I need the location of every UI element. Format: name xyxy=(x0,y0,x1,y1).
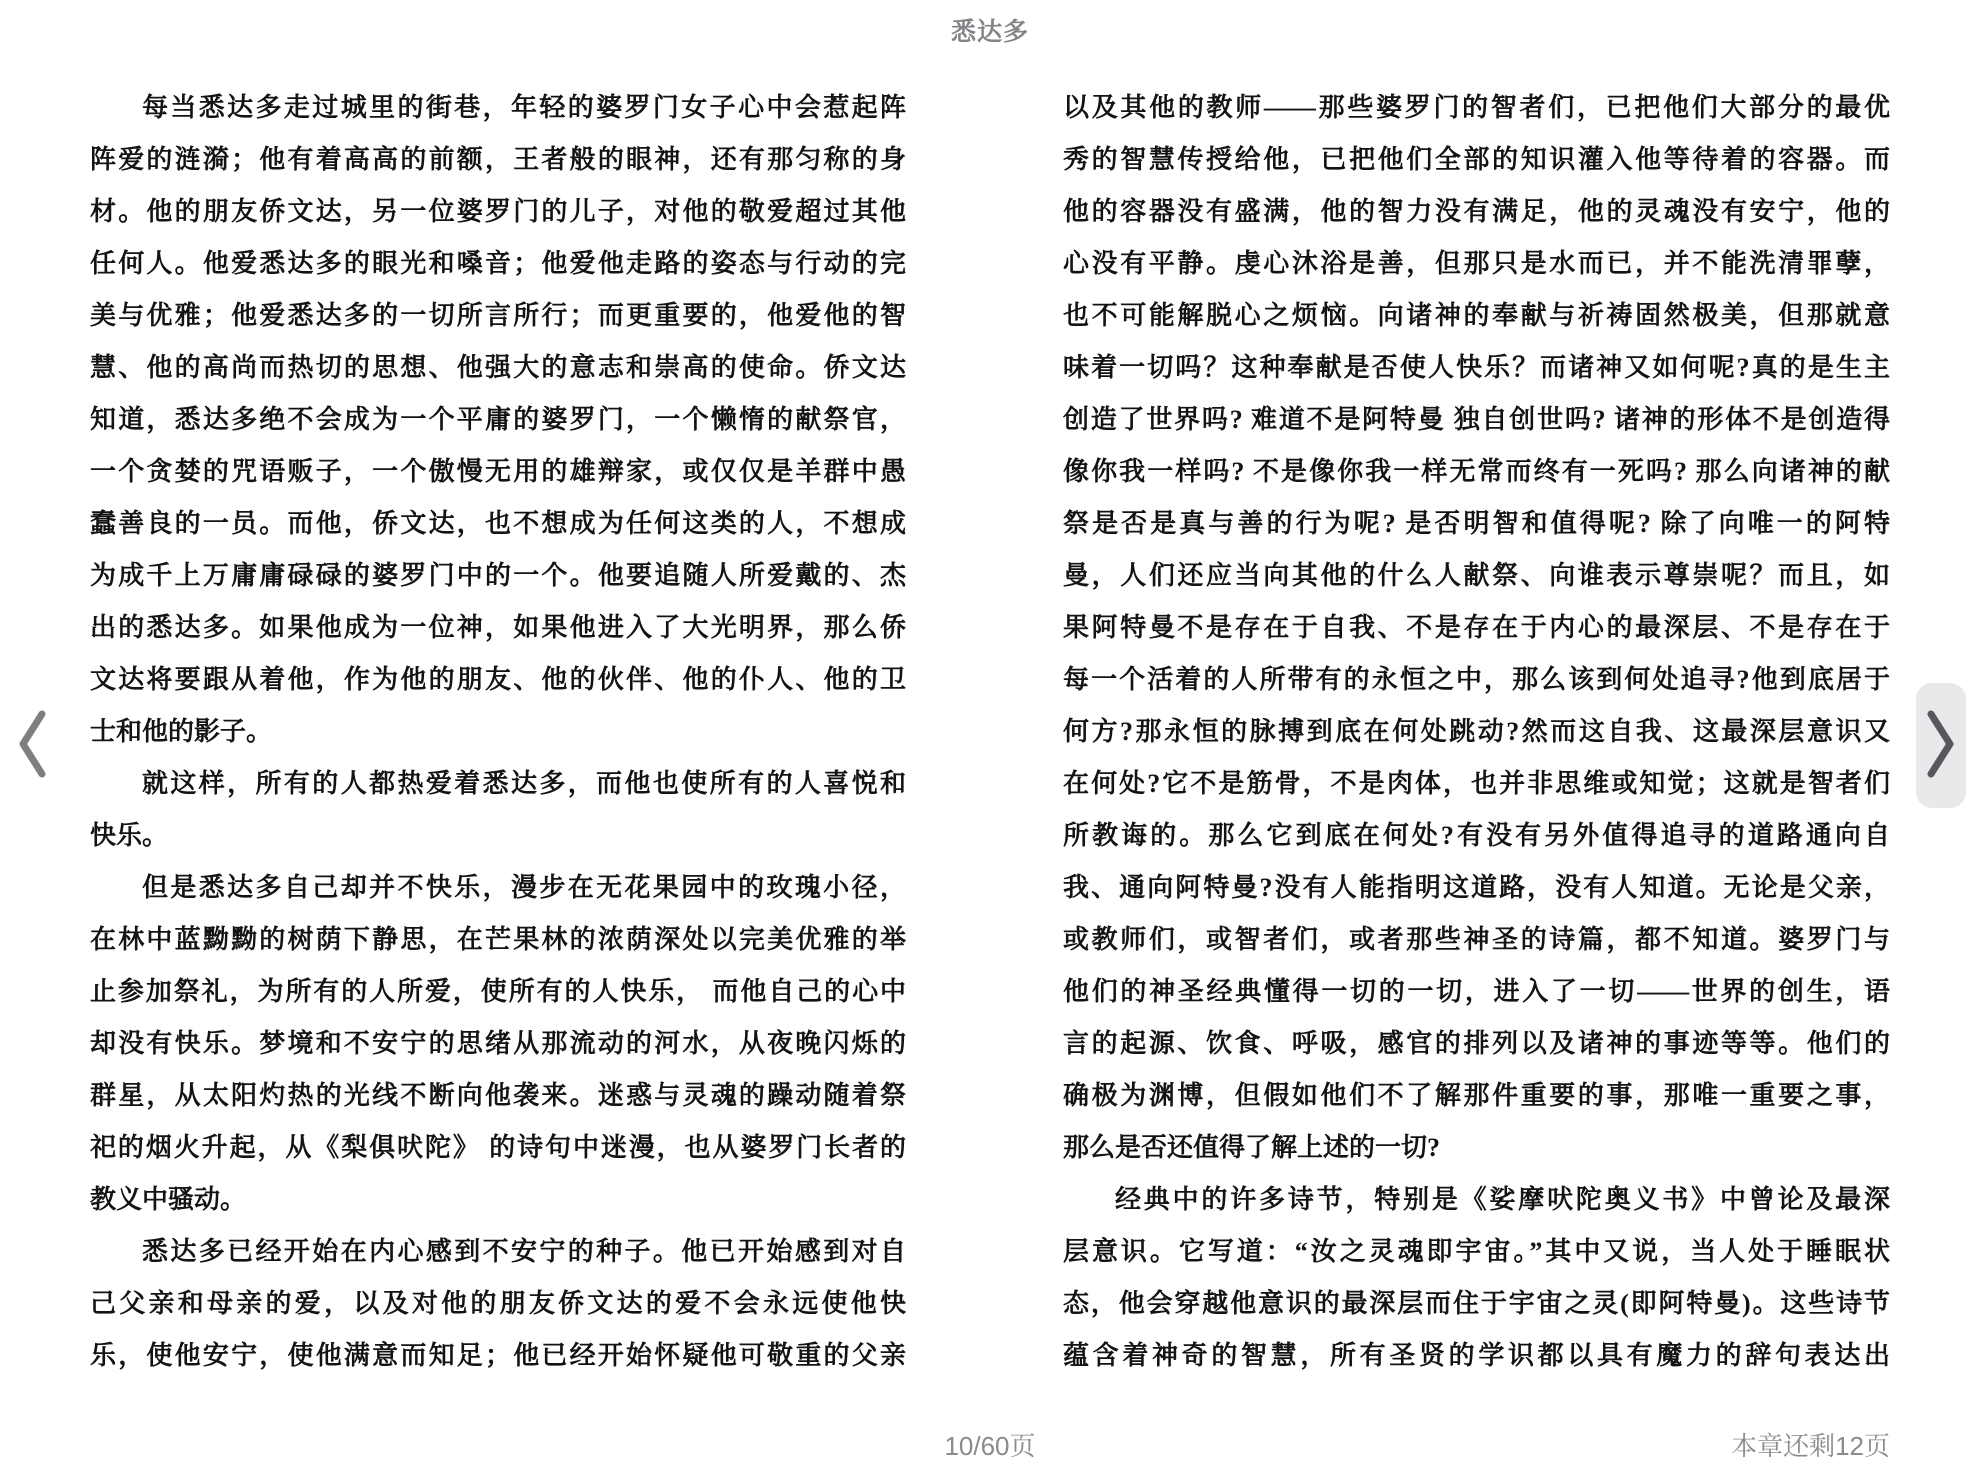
text-line: 也不可能解脱心之烦恼。向诸神的奉献与祈祷固然极美，但那就意 xyxy=(1063,290,1890,342)
text-line: 创造了世界吗? 难道不是阿特曼 独自创世吗? 诸神的形体不是创造得 xyxy=(1063,394,1890,446)
text-line: 果阿特曼不是存在于自我、不是存在于内心的最深层、不是存在于 xyxy=(1063,602,1890,654)
text-line: 祭是否是真与善的行为呢? 是否明智和值得呢? 除了向唯一的阿特 xyxy=(1063,498,1890,550)
text-line: 在林中蓝黝黝的树荫下静思，在芒果林的浓荫深处以完美优雅的举 xyxy=(90,914,906,966)
text-line: 快乐。 xyxy=(90,810,906,862)
text-line: 所教诲的。那么它到底在何处?有没有另外值得追寻的道路通向自 xyxy=(1063,810,1890,862)
text-line: 我、通向阿特曼?没有人能指明这道路，没有人知道。无论是父亲， xyxy=(1063,862,1890,914)
text-line: 出的悉达多。如果他成为一位神，如果他进入了大光明界，那么侨 xyxy=(90,602,906,654)
chapter-remaining-indicator: 本章还剩12页 xyxy=(1731,1426,1890,1463)
text-line: 教义中骚动。 xyxy=(90,1174,906,1226)
text-line: 士和他的影子。 xyxy=(90,706,906,758)
text-line: 态，他会穿越他意识的最深层而住于宇宙之灵(即阿特曼)。这些诗节 xyxy=(1063,1278,1890,1330)
right-page-text: 以及其他的教师——那些婆罗门的智者们，已把他们大部分的最优秀的智慧传授给他，已把… xyxy=(1063,82,1890,1382)
text-line: 确极为渊博，但假如他们不了解那件重要的事，那唯一重要之事， xyxy=(1063,1070,1890,1122)
text-line: 为成千上万庸庸碌碌的婆罗门中的一个。他要追随人所爱戴的、杰 xyxy=(90,550,906,602)
text-line: 心没有平静。虔心沐浴是善，但那只是水而已，并不能洗清罪孽， xyxy=(1063,238,1890,290)
text-line: 味着一切吗？这种奉献是否使人快乐？而诸神又如何呢?真的是生主 xyxy=(1063,342,1890,394)
text-line: 像你我一样吗? 不是像你我一样无常而终有一死吗? 那么向诸神的献 xyxy=(1063,446,1890,498)
text-line: 群星，从太阳灼热的光线不断向他袭来。迷惑与灵魂的躁动随着祭 xyxy=(90,1070,906,1122)
text-line: 每一个活着的人所带有的永恒之中，那么该到何处追寻?他到底居于 xyxy=(1063,654,1890,706)
text-line: 乐，使他安宁，使他满意而知足；他已经开始怀疑他可敬重的父亲 xyxy=(90,1330,906,1382)
left-page-text: 每当悉达多走过城里的街巷，年轻的婆罗门女子心中会惹起阵阵爱的涟漪；他有着高高的前… xyxy=(90,82,906,1382)
text-line: 秀的智慧传授给他，已把他们全部的知识灌入他等待着的容器。而 xyxy=(1063,134,1890,186)
text-line: 蕴含着神奇的智慧，所有圣贤的学识都以具有魔力的辞句表达出 xyxy=(1063,1330,1890,1382)
footer-bar: 10/60页 本章还剩12页 xyxy=(0,1426,1980,1460)
next-page-button[interactable] xyxy=(1916,683,1966,808)
page-progress-indicator: 10/60页 xyxy=(0,1426,1980,1463)
text-line: 曼，人们还应当向其他的什么人献祭、向谁表示尊崇呢？而且，如 xyxy=(1063,550,1890,602)
text-line: 经典中的许多诗节，特别是《娑摩吠陀奥义书》中曾论及最深 xyxy=(1063,1174,1890,1226)
text-line: 但是悉达多自己却并不快乐，漫步在无花果园中的玫瑰小径， xyxy=(90,862,906,914)
text-line: 止参加祭礼，为所有的人所爱，使所有的人快乐， 而他自己的心中 xyxy=(90,966,906,1018)
text-line: 在何处?它不是筋骨，不是肉体，也并非思维或知觉；这就是智者们 xyxy=(1063,758,1890,810)
text-line: 或教师们，或智者们，或者那些神圣的诗篇，都不知道。婆罗门与 xyxy=(1063,914,1890,966)
text-line: 材。他的朋友侨文达，另一位婆罗门的儿子，对他的敬爱超过其他 xyxy=(90,186,906,238)
text-line: 层意识。它写道：“汝之灵魂即宇宙。”其中又说，当人处于睡眠状 xyxy=(1063,1226,1890,1278)
text-line: 美与优雅；他爱悉达多的一切所言所行；而更重要的，他爱他的智 xyxy=(90,290,906,342)
chevron-left-icon xyxy=(16,708,48,783)
text-line: 慧、他的高尚而热切的思想、他强大的意志和崇高的使命。侨文达 xyxy=(90,342,906,394)
chevron-right-icon xyxy=(1925,708,1957,783)
text-line: 何方?那永恒的脉搏到底在何处跳动?然而这自我、这最深层意识又 xyxy=(1063,706,1890,758)
text-line: 一个贪婪的咒语贩子，一个傲慢无用的雄辩家，或仅仅是羊群中愚 xyxy=(90,446,906,498)
text-line: 他们的神圣经典懂得一切的一切，进入了一切——世界的创生，语 xyxy=(1063,966,1890,1018)
text-line: 悉达多已经开始在内心感到不安宁的种子。他已开始感到对自 xyxy=(90,1226,906,1278)
text-line: 任何人。他爱悉达多的眼光和嗓音；他爱他走路的姿态与行动的完 xyxy=(90,238,906,290)
text-line: 阵爱的涟漪；他有着高高的前额，王者般的眼神，还有那匀称的身 xyxy=(90,134,906,186)
text-line: 文达将要跟从着他，作为他的朋友、他的伙伴、他的仆人、他的卫 xyxy=(90,654,906,706)
text-line: 那么是否还值得了解上述的一切? xyxy=(1063,1122,1890,1174)
text-line: 己父亲和母亲的爱，以及对他的朋友侨文达的爱不会永远使他快 xyxy=(90,1278,906,1330)
text-line: 却没有快乐。梦境和不安宁的思绪从那流动的河水，从夜晚闪烁的 xyxy=(90,1018,906,1070)
text-line: 言的起源、饮食、呼吸，感官的排列以及诸神的事迹等等。他们的 xyxy=(1063,1018,1890,1070)
text-line: 祀的烟火升起，从《梨俱吠陀》 的诗句中迷漫，也从婆罗门长者的 xyxy=(90,1122,906,1174)
text-line: 蠢善良的一员。而他，侨文达，也不想成为任何这类的人，不想成 xyxy=(90,498,906,550)
text-line: 每当悉达多走过城里的街巷，年轻的婆罗门女子心中会惹起阵 xyxy=(90,82,906,134)
text-line: 就这样，所有的人都热爱着悉达多，而他也使所有的人喜悦和 xyxy=(90,758,906,810)
text-line: 以及其他的教师——那些婆罗门的智者们，已把他们大部分的最优 xyxy=(1063,82,1890,134)
text-line: 知道，悉达多绝不会成为一个平庸的婆罗门，一个懒惰的献祭官， xyxy=(90,394,906,446)
chapter-title: 悉达多 xyxy=(0,12,1980,48)
text-line: 他的容器没有盛满，他的智力没有满足，他的灵魂没有安宁，他的 xyxy=(1063,186,1890,238)
prev-page-button[interactable] xyxy=(12,700,52,790)
